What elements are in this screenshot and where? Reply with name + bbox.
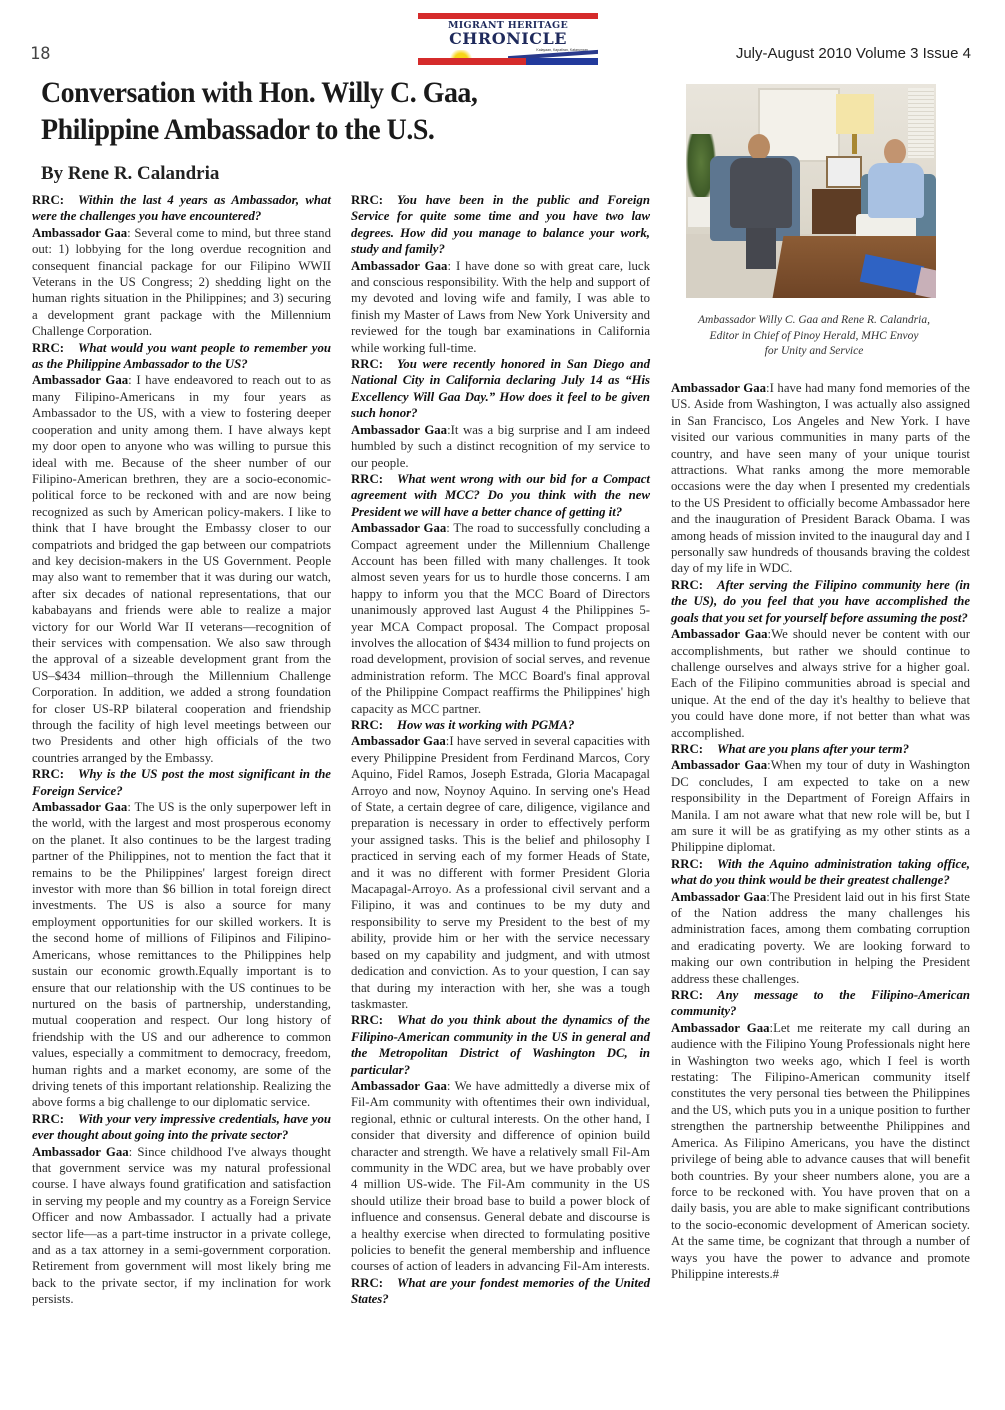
speaker-label-ambassador: Ambassador Gaa [351, 734, 446, 748]
issue-info: July-August 2010 Volume 3 Issue 4 [736, 45, 971, 62]
interview-question: RRC:Within the last 4 years as Ambassado… [32, 192, 331, 225]
interview-question: RRC:You have been in the public and Fore… [351, 192, 650, 258]
masthead-line2: CHRONICLE [418, 29, 598, 48]
speaker-label-ambassador: Ambassador Gaa [351, 1079, 447, 1093]
masthead-blue-band-bottom [526, 58, 598, 65]
interview-answer: Ambassador Gaa:When my tour of duty in W… [671, 757, 970, 855]
speaker-label-ambassador: Ambassador Gaa [32, 1145, 129, 1159]
speaker-label-ambassador: Ambassador Gaa [671, 627, 768, 641]
speaker-label-interviewer: RRC: [32, 193, 64, 207]
paragraph-text: You have been in the public and Foreign … [351, 193, 650, 256]
speaker-label-ambassador: Ambassador Gaa [351, 259, 447, 273]
interview-answer: Ambassador Gaa:Let me reiterate my call … [671, 1020, 970, 1283]
speaker-label-interviewer: RRC: [32, 341, 64, 355]
interview-question: RRC:How was it working with PGMA? [351, 717, 650, 733]
interview-question: RRC:What went wrong with our bid for a C… [351, 471, 650, 520]
paragraph-text: The US is the only superpower left in th… [32, 800, 331, 1109]
interview-question: RRC:Why is the US post the most signific… [32, 766, 331, 799]
interview-question: RRC:What are you plans after your term? [671, 741, 970, 757]
paragraph-text: Why is the US post the most significant … [32, 767, 331, 797]
paragraph-text: We have admittedly a diverse mix of Fil-… [351, 1079, 650, 1273]
speaker-label-ambassador: Ambassador Gaa [351, 521, 446, 535]
interview-question: RRC:With your very impressive credential… [32, 1111, 331, 1144]
speaker-label-interviewer: RRC: [351, 1013, 383, 1027]
article-title: Conversation with Hon. Willy C. Gaa, Phi… [41, 74, 477, 148]
paragraph-text: What would you want people to remember y… [32, 341, 331, 371]
interview-answer: Ambassador Gaa:I have had many fond memo… [671, 380, 970, 577]
paragraph-text: We should never be content with our acco… [671, 627, 970, 739]
paragraph-text: I have done so with great care, luck and… [351, 259, 650, 355]
lamp-shade [836, 94, 874, 134]
interview-answer: Ambassador Gaa: Several come to mind, bu… [32, 225, 331, 340]
speaker-label-ambassador: Ambassador Gaa [671, 1021, 770, 1035]
speaker-label-interviewer: RRC: [671, 988, 703, 1002]
speaker-label-ambassador: Ambassador Gaa [671, 890, 766, 904]
paragraph-text: What do you think about the dynamics of … [351, 1013, 650, 1076]
paragraph-text: Within the last 4 years as Ambassador, w… [32, 193, 331, 223]
interview-answer: Ambassador Gaa:The President laid out in… [671, 889, 970, 987]
paragraph-text: Any message to the Filipino-American com… [671, 988, 970, 1018]
page-number: 18 [30, 44, 50, 64]
speaker-label-ambassador: Ambassador Gaa [671, 758, 767, 772]
interview-answer: Ambassador Gaa:We should never be conten… [671, 626, 970, 741]
paragraph-text: Since childhood I've always thought that… [32, 1145, 331, 1307]
title-line-1: Conversation with Hon. Willy C. Gaa, [41, 74, 477, 111]
interview-question: RRC:With the Aquino administration takin… [671, 856, 970, 889]
paragraph-text: I have endeavored to reach out to as man… [32, 373, 331, 764]
byline: By Rene R. Calandria [41, 163, 219, 185]
photo-caption: Ambassador Willy C. Gaa and Rene R. Cala… [676, 313, 952, 360]
article-photo [686, 84, 936, 298]
speaker-label-ambassador: Ambassador Gaa [351, 423, 447, 437]
paragraph-text: How was it working with PGMA? [397, 718, 574, 732]
speaker-label-ambassador: Ambassador Gaa [32, 226, 127, 240]
speaker-label-interviewer: RRC: [32, 1112, 64, 1126]
paragraph-text: I have served in several capacities with… [351, 734, 650, 1011]
paragraph-text: I have had many fond memories of the US.… [671, 381, 970, 575]
interview-answer: Ambassador Gaa: I have endeavored to rea… [32, 372, 331, 766]
interview-answer: Ambassador Gaa: We have admittedly a div… [351, 1078, 650, 1275]
paragraph-text: Several come to mind, but three stand ou… [32, 226, 331, 338]
article-column-3: Ambassador Gaa:I have had many fond memo… [671, 380, 970, 1282]
paragraph-text: Let me reiterate my call during an audie… [671, 1021, 970, 1281]
speaker-label-interviewer: RRC: [351, 472, 383, 486]
title-line-2: Philippine Ambassador to the U.S. [41, 111, 477, 148]
interview-question: RRC:What do you think about the dynamics… [351, 1012, 650, 1078]
paragraph-text: When my tour of duty in Washington DC co… [671, 758, 970, 854]
article-column-2: RRC:You have been in the public and Fore… [351, 192, 650, 1308]
article-column-1: RRC:Within the last 4 years as Ambassado… [32, 192, 331, 1308]
speaker-label-interviewer: RRC: [671, 857, 703, 871]
interview-question: RRC:What are your fondest memories of th… [351, 1275, 650, 1308]
paragraph-text: What are you plans after your term? [717, 742, 909, 756]
plant-pot [688, 197, 712, 227]
speaker-label-ambassador: Ambassador Gaa [32, 800, 127, 814]
speaker-label-interviewer: RRC: [351, 193, 383, 207]
paragraph-text: With your very impressive credentials, h… [32, 1112, 331, 1142]
paragraph-text: What went wrong with our bid for a Compa… [351, 472, 650, 519]
speaker-label-interviewer: RRC: [351, 1276, 383, 1290]
interview-answer: Ambassador Gaa: Since childhood I've alw… [32, 1144, 331, 1308]
paragraph-text: You were recently honored in San Diego a… [351, 357, 650, 420]
paragraph-text: With the Aquino administration taking of… [671, 857, 970, 887]
speaker-label-interviewer: RRC: [351, 357, 383, 371]
interview-answer: Ambassador Gaa:I have served in several … [351, 733, 650, 1012]
interview-answer: Ambassador Gaa: The US is the only super… [32, 799, 331, 1111]
interview-question: RRC:After serving the Filipino community… [671, 577, 970, 626]
speaker-label-ambassador: Ambassador Gaa [671, 381, 766, 395]
interview-answer: Ambassador Gaa: The road to successfully… [351, 520, 650, 717]
interview-question: RRC:Any message to the Filipino-American… [671, 987, 970, 1020]
paragraph-text: After serving the Filipino community her… [671, 578, 970, 625]
speaker-label-ambassador: Ambassador Gaa [32, 373, 128, 387]
interview-question: RRC:You were recently honored in San Die… [351, 356, 650, 422]
speaker-label-interviewer: RRC: [671, 578, 703, 592]
masthead-logo: MIGRANT HERITAGE CHRONICLE Kalayaan, Kap… [418, 13, 598, 65]
speaker-label-interviewer: RRC: [671, 742, 703, 756]
speaker-label-interviewer: RRC: [351, 718, 383, 732]
speaker-label-interviewer: RRC: [32, 767, 64, 781]
interview-answer: Ambassador Gaa: I have done so with grea… [351, 258, 650, 356]
paragraph-text: The road to successfully concluding a Co… [351, 521, 650, 715]
interview-answer: Ambassador Gaa:It was a big surprise and… [351, 422, 650, 471]
paragraph-text: What are your fondest memories of the Un… [351, 1276, 650, 1306]
interview-question: RRC:What would you want people to rememb… [32, 340, 331, 373]
masthead-red-band [418, 13, 598, 19]
